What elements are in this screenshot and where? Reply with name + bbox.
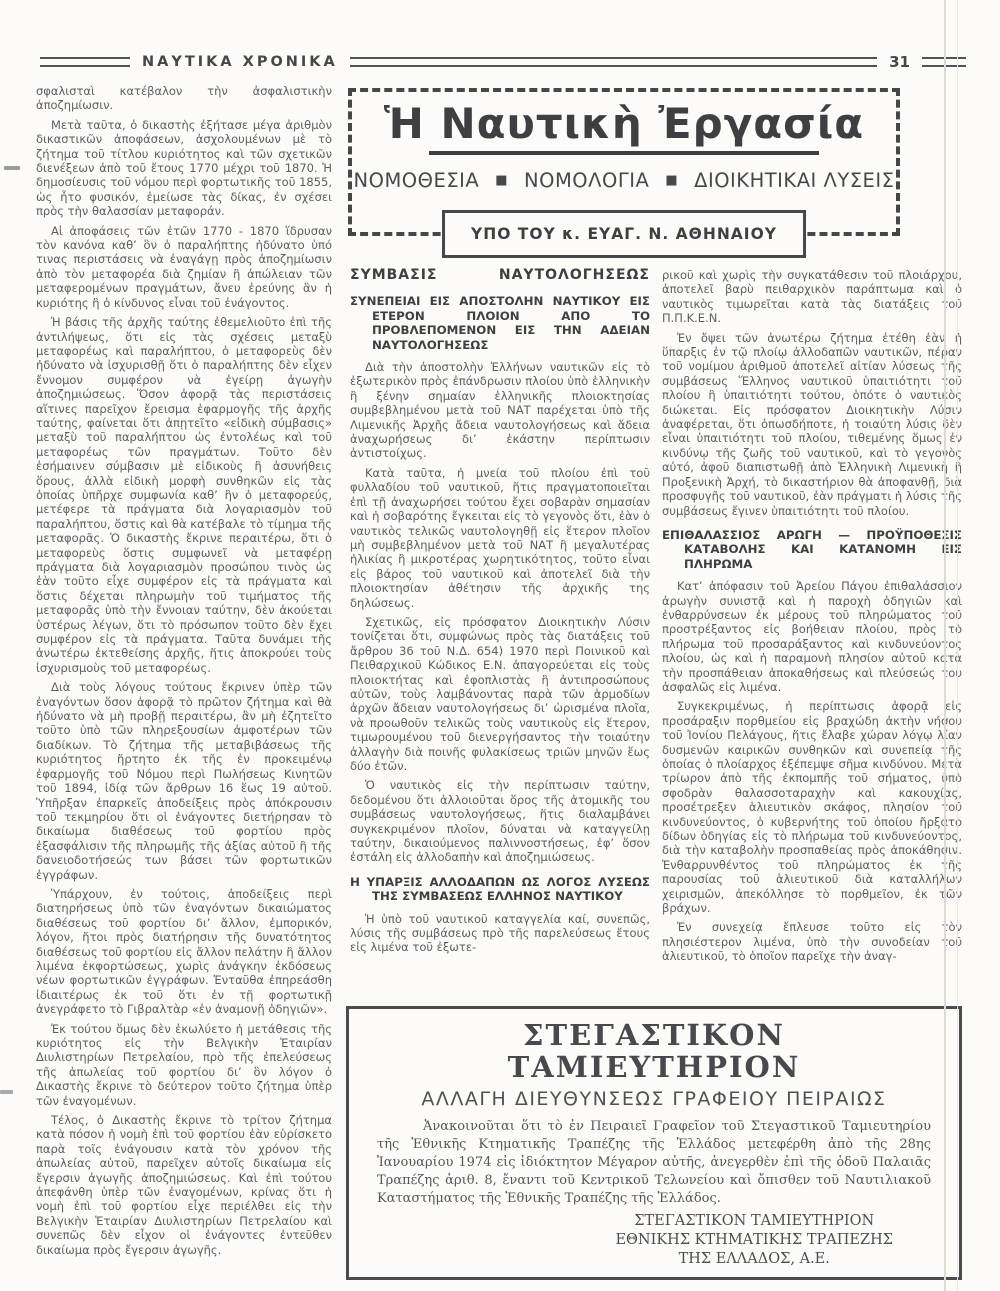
body-paragraph: Αἱ ἀποφάσεις τῶν ἐτῶν 1770 - 1870 ἵδρυσα… <box>36 224 332 310</box>
advert-box: ΣΤΕΓΑΣΤΙΚΟΝ ΤΑΜΙΕΥΤΗΡΙΟΝ ΑΛΛΑΓΗ ΔΙΕΥΘΥΝΣ… <box>346 1006 962 1280</box>
masthead-underline <box>429 151 819 155</box>
middle-column: ΣΥΜΒΑΣΙΣ ΝΑΥΤΟΛΟΓΗΣΕΩΣ ΣΥΝΕΠΕΙΑΙ ΕΙΣ ΑΠΟ… <box>350 268 650 960</box>
masthead-title: Ἡ Ναυτικὴ Ἐργασία <box>352 100 896 148</box>
body-paragraph: Κατ’ ἀπόφασιν τοῦ Ἀρείου Πάγου ἐπιθαλάσσ… <box>662 579 962 694</box>
byline-box: ΥΠΟ ΤΟΥ κ. ΕΥΑΓ. Ν. ΑΘΗΝΑΙΟΥ <box>442 210 806 258</box>
scan-artifact <box>4 166 20 170</box>
topics-line: ΝΟΜΟΘΕΣΙΑ ■ ΝΟΜΟΛΟΓΙΑ ■ ΔΙΟΙΚΗΤΙΚΑΙ ΛΥΣΕ… <box>352 169 896 192</box>
body-paragraph: Μετὰ ταῦτα, ὁ δικαστὴς ἐξήτασε μέγα ἀριθ… <box>36 118 332 219</box>
square-bullet-icon: ■ <box>665 174 678 187</box>
body-paragraph: ρικοῦ καὶ χωρὶς τὴν συγκατάθεσιν τοῦ πλο… <box>662 268 962 326</box>
magazine-page: ΝΑΥΤΙΚΑ ΧΡΟΝΙΚΑ 31 σφαλισταὶ κατέβαλον τ… <box>0 0 1000 1291</box>
square-bullet-icon: ■ <box>495 174 508 187</box>
advert-body: Ἀνακοινοῦται ὅτι τὸ ἐν Πειραιεῖ Γραφεῖον… <box>377 1118 931 1208</box>
advert-title: ΣΤΕΓΑΣΤΙΚΟΝ ΤΑΜΙΕΥΤΗΡΙΟΝ <box>377 1019 931 1083</box>
byline-text: ΥΠΟ ΤΟΥ κ. ΕΥΑΓ. Ν. ΑΘΗΝΑΙΟΥ <box>471 225 777 243</box>
page-edge-line <box>944 0 946 1291</box>
masthead-box: Ἡ Ναυτικὴ Ἐργασία ΝΟΜΟΘΕΣΙΑ ■ ΝΟΜΟΛΟΓΙΑ … <box>348 88 900 236</box>
topic-item: ΝΟΜΟΘΕΣΙΑ <box>354 169 480 192</box>
body-paragraph: Κατὰ ταῦτα, ἡ μνεία τοῦ πλοίου ἐπὶ τοῦ φ… <box>350 466 650 610</box>
article-heading: ΣΥΜΒΑΣΙΣ ΝΑΥΤΟΛΟΓΗΣΕΩΣ <box>350 268 650 282</box>
left-column: σφαλισταὶ κατέβαλον τὴν ἀσφαλιστικὴν ἀπο… <box>36 84 332 1262</box>
body-paragraph: Ἡ βάσις τῆς ἀρχῆς ταύτης ἐθεμελιοῦτο ἐπὶ… <box>36 315 332 675</box>
article-subheading: ΕΠΙΘΑΛΑΣΣΙΟΣ ΑΡΩΓΗ — ΠΡΟΫΠΟΘΕΣΙΣ ΚΑΤΑΒΟΛ… <box>662 528 962 571</box>
body-paragraph: Ὑπάρχουν, ἐν τούτοις, ἀποδείξεις περὶ δι… <box>36 887 332 1017</box>
article-subheading: Η ΥΠΑΡΞΙΣ ΑΛΛΟΔΑΠΩΝ ΩΣ ΛΟΓΟΣ ΛΥΣΕΩΣ ΤΗΣ … <box>350 875 650 904</box>
scan-artifact <box>0 1090 13 1094</box>
advert-signature: ΣΤΕΓΑΣΤΙΚΟΝ ΤΑΜΙΕΥΤΗΡΙΟΝ ΕΘΝΙΚΗΣ ΚΤΗΜΑΤΙ… <box>615 1212 893 1269</box>
body-paragraph: Ἐκ τούτου ὅμως δὲν ἐκωλύετο ἡ μετάθεσις … <box>36 1022 332 1108</box>
body-paragraph: Σχετικῶς, εἰς πρόσφατον Διοικητικὴν Λύσι… <box>350 615 650 773</box>
advert-signature-line: ΕΘΝΙΚΗΣ ΚΤΗΜΑΤΙΚΗΣ ΤΡΑΠΕΖΗΣ <box>615 1231 893 1250</box>
advert-signature-line: ΤΗΣ ΕΛΛΑΔΟΣ, Α.Ε. <box>615 1250 893 1269</box>
body-paragraph: Ὁ ναυτικὸς εἰς τὴν περίπτωσιν ταύτην, δε… <box>350 778 650 864</box>
body-paragraph: Διὰ τὴν ἀποστολὴν Ἑλλήνων ναυτικῶν εἰς τ… <box>350 360 650 461</box>
body-paragraph: Τέλος, ὁ Δικαστὴς ἔκρινε τὸ τρίτον ζήτημ… <box>36 1113 332 1257</box>
body-paragraph: Ἐν ὄψει τῶν ἀνωτέρω ζήτημα ἐτέθη ἐὰν ἡ ὕ… <box>662 331 962 518</box>
topic-item: ΔΙΟΙΚΗΤΙΚΑΙ ΛΥΣΕΙΣ <box>694 169 894 192</box>
body-paragraph: σφαλισταὶ κατέβαλον τὴν ἀσφαλιστικὴν ἀπο… <box>36 84 332 113</box>
body-paragraph: Ἐν συνεχείᾳ ἔπλευσε τοῦτο εἰς τὸν πλησιέ… <box>662 920 962 963</box>
page-edge-line <box>957 0 958 1291</box>
body-paragraph: Ἡ ὑπὸ τοῦ ναυτικοῦ καταγγελία καί, συνεπ… <box>350 912 650 955</box>
body-paragraph: Συγκεκριμένως, ἡ περίπτωσις ἀφορᾷ εἰς πρ… <box>662 699 962 915</box>
topic-item: ΝΟΜΟΛΟΓΙΑ <box>524 169 649 192</box>
body-paragraph: Διὰ τοὺς λόγους τούτους ἔκρινεν ὑπὲρ τῶν… <box>36 680 332 882</box>
article-subheading: ΣΥΝΕΠΕΙΑΙ ΕΙΣ ΑΠΟΣΤΟΛΗΝ ΝΑΥΤΙΚΟΥ ΕΙΣ ΕΤΕ… <box>350 294 650 352</box>
double-rule-long <box>350 57 877 67</box>
double-rule-left <box>40 57 130 67</box>
advert-signature-line: ΣΤΕΓΑΣΤΙΚΟΝ ΤΑΜΙΕΥΤΗΡΙΟΝ <box>615 1212 893 1231</box>
page-header: ΝΑΥΤΙΚΑ ΧΡΟΝΙΚΑ 31 <box>40 52 966 72</box>
page-number: 31 <box>889 53 910 71</box>
magazine-title: ΝΑΥΤΙΚΑ ΧΡΟΝΙΚΑ <box>142 54 338 70</box>
advert-subtitle: ΑΛΛΑΓΗ ΔΙΕΥΘΥΝΣΕΩΣ ΓΡΑΦΕΙΟΥ ΠΕΙΡΑΙΩΣ <box>377 1088 931 1110</box>
right-column: ρικοῦ καὶ χωρὶς τὴν συγκατάθεσιν τοῦ πλο… <box>662 268 962 969</box>
